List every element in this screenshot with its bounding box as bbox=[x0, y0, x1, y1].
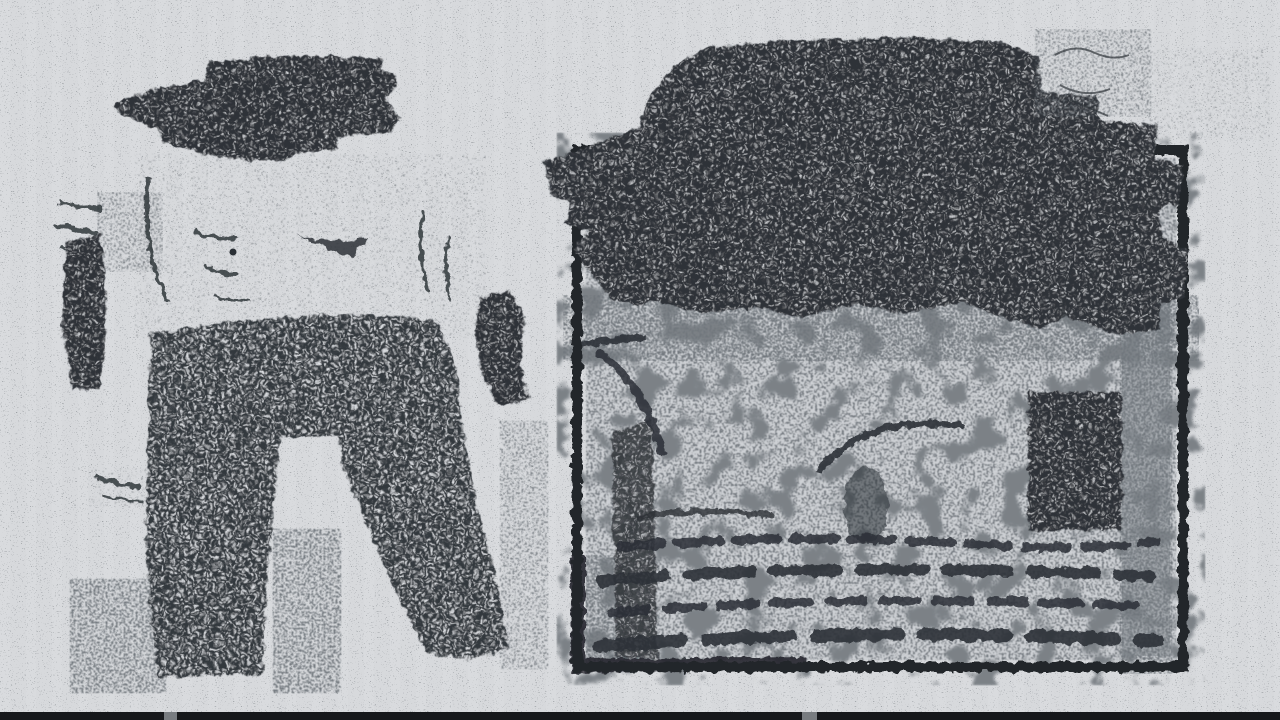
ground-speckle bbox=[74, 584, 162, 688]
interior-shadow-blob bbox=[844, 467, 888, 543]
photocopy-page bbox=[0, 0, 1280, 720]
scan-bar-notch bbox=[164, 712, 177, 720]
scribble-patch-sparse bbox=[1148, 52, 1264, 136]
interior-dark-streak bbox=[612, 420, 658, 658]
photocopy-canvas bbox=[0, 0, 1280, 720]
ground-speckle bbox=[276, 536, 338, 686]
ground-speckle bbox=[502, 432, 546, 658]
scribble-patch bbox=[1040, 33, 1146, 113]
left-arm-silhouette bbox=[62, 234, 107, 390]
scan-bar-notch bbox=[802, 712, 817, 720]
bottom-scan-bar bbox=[0, 712, 1280, 720]
right-closeup-photo bbox=[543, 33, 1264, 667]
chest-dot-mark bbox=[230, 249, 237, 256]
interior-dark-patch bbox=[1028, 392, 1122, 530]
